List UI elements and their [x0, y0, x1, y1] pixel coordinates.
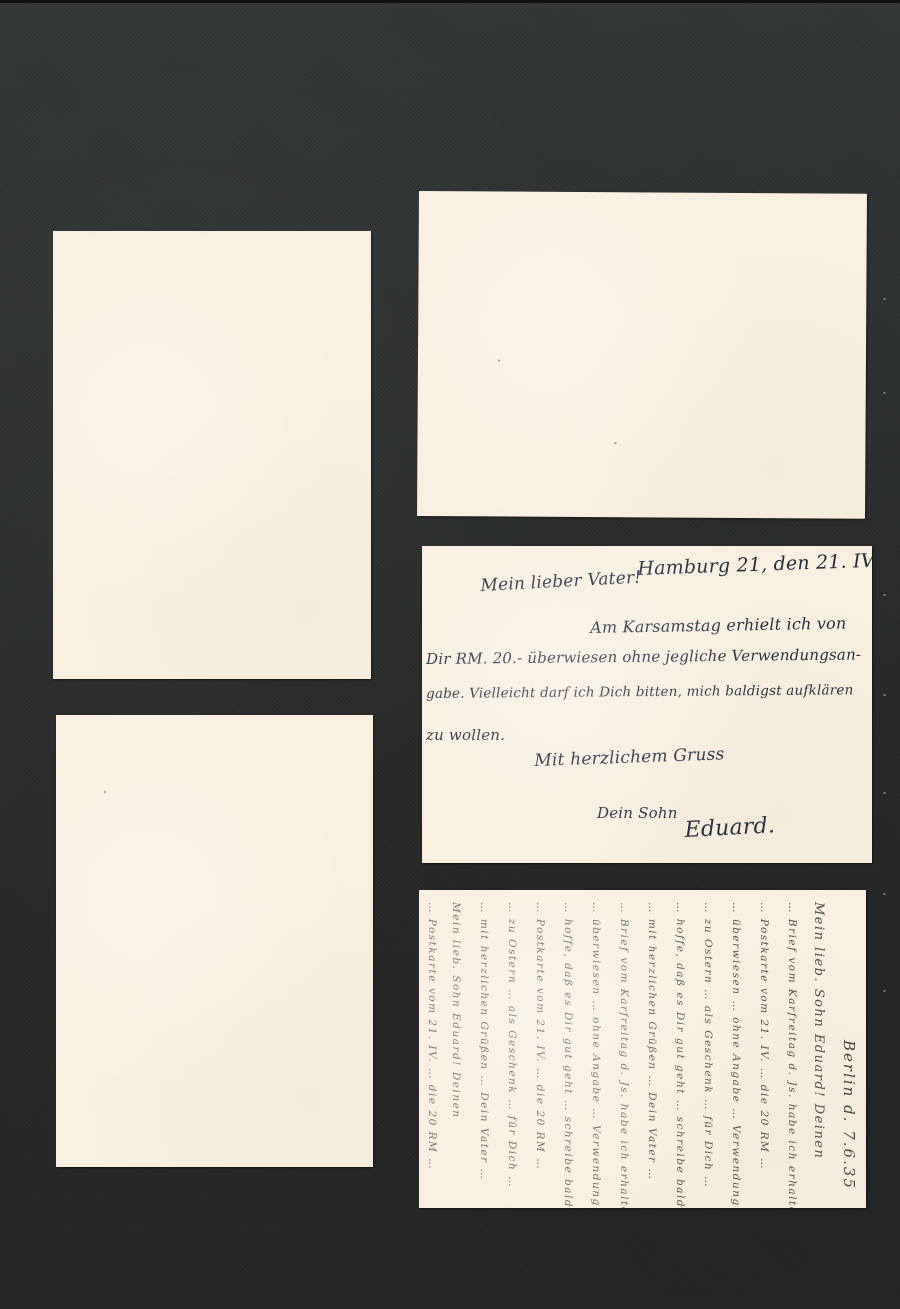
berlin-letter-body-line: … hoffe, daß es Dir gut geht … schreibe …: [562, 902, 574, 1208]
postcard-hamburg-letter: Hamburg 21, den 21. IV. 1935 Mein lieber…: [422, 546, 872, 863]
binder-hole: [883, 298, 886, 300]
letter-signature: Eduard.: [684, 813, 776, 843]
berlin-letter-body-line: … Brief vom Karfreitag d. Js. habe ich e…: [786, 902, 798, 1208]
letter-body-line: Am Karsamstag erhielt ich von: [590, 614, 847, 637]
paper-speck: [104, 791, 106, 793]
berlin-letter-body-line: … Brief vom Karfreitag d. Js. habe ich e…: [618, 902, 630, 1208]
binder-hole: [883, 893, 886, 895]
berlin-letter-body-line: … Postkarte vom 21. IV. … die 20 RM …: [426, 902, 438, 1170]
berlin-letter-body-line: … mit herzlichen Grüßen … Dein Vater …: [646, 902, 658, 1181]
berlin-letter-body-line: … überwiesen … ohne Angabe … Verwendung …: [730, 902, 742, 1208]
berlin-letter-body-line: … überwiesen … ohne Angabe … Verwendung …: [590, 902, 602, 1208]
letter-salutation: Mein lieber Vater!: [480, 568, 642, 596]
paper-speck: [614, 442, 616, 444]
berlin-letter-body-line: … Postkarte vom 21. IV. … die 20 RM …: [758, 902, 770, 1170]
berlin-letter-body-line: … hoffe, daß es Dir gut geht … schreibe …: [674, 902, 686, 1208]
postcard-berlin-letter: Berlin d. 7.6.35 Mein lieb. Sohn Eduard!…: [419, 890, 866, 1208]
binder-hole: [883, 694, 886, 696]
binder-hole: [883, 990, 886, 992]
berlin-letter-dateline: Berlin d. 7.6.35: [840, 1040, 858, 1190]
berlin-letter-body-line: … Postkarte vom 21. IV. … die 20 RM …: [534, 902, 546, 1170]
binder-hole: [883, 792, 886, 794]
berlin-letter-rotated-text: Berlin d. 7.6.35 Mein lieb. Sohn Eduard!…: [419, 890, 866, 1208]
berlin-letter-body-line: … zu Ostern … als Geschenk … für Dich …: [506, 902, 518, 1188]
berlin-letter-body-line: … zu Ostern … als Geschenk … für Dich …: [702, 902, 714, 1188]
letter-body-line: Dir RM. 20.- überwiesen ohne jegliche Ve…: [426, 645, 861, 668]
paper-speck: [498, 359, 500, 361]
letter-signature-prefix: Dein Sohn: [597, 804, 678, 822]
postcard-blank-top-left: [53, 231, 371, 679]
letter-dateline: Hamburg 21, den 21. IV. 1935: [637, 548, 872, 580]
berlin-letter-body-line: Mein lieb. Sohn Eduard! Deinen: [450, 902, 462, 1119]
letter-body-line: gabe. Vielleicht darf ich Dich bitten, m…: [426, 682, 854, 702]
binder-hole: [883, 392, 886, 394]
postcard-blank-top-right: [417, 191, 867, 519]
album-top-edge: [0, 0, 900, 3]
berlin-letter-body-line: Mein lieb. Sohn Eduard! Deinen: [811, 902, 826, 1159]
berlin-letter-body-line: … mit herzlichen Grüßen … Dein Vater …: [478, 902, 490, 1181]
postcard-blank-bottom-left: [56, 715, 373, 1167]
letter-closing: Mit herzlichem Gruss: [534, 744, 725, 771]
binder-hole: [883, 594, 886, 596]
letter-body-line: zu wollen.: [426, 726, 505, 744]
